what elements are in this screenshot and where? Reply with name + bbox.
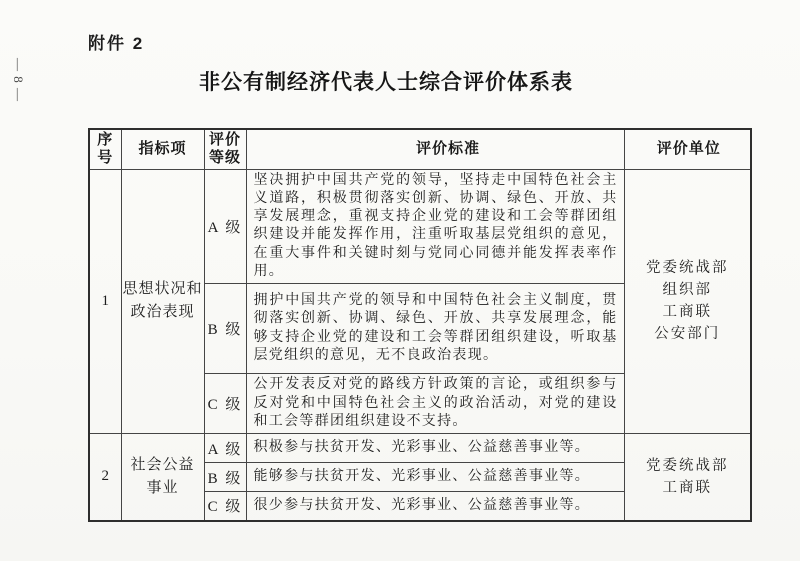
row1-grade-c: C 级 — [204, 374, 246, 434]
row2-grade-a: A 级 — [204, 434, 246, 463]
table-header-row: 序号 指标项 评价 等级 评价标准 评价单位 — [89, 129, 751, 169]
row2-grade-c: C 级 — [204, 492, 246, 521]
row2-criteria-a: 积极参与扶贫开发、光彩事业、公益慈善事业等。 — [246, 434, 624, 463]
evaluation-table: 序号 指标项 评价 等级 评价标准 评价单位 1 思想状况和 政治表现 A 级 … — [88, 128, 752, 522]
header-indicator: 指标项 — [121, 129, 204, 169]
document-title: 非公有制经济代表人士综合评价体系表 — [96, 66, 676, 96]
row1-grade-b: B 级 — [204, 284, 246, 374]
row2-number: 2 — [89, 434, 121, 521]
header-criteria: 评价标准 — [246, 129, 624, 169]
header-unit: 评价单位 — [624, 129, 751, 169]
row1-indicator: 思想状况和 政治表现 — [121, 169, 204, 434]
page-number: — 8 — — [10, 48, 26, 112]
row2-criteria-b: 能够参与扶贫开发、光彩事业、公益慈善事业等。 — [246, 463, 624, 492]
table-row: 1 思想状况和 政治表现 A 级 坚决拥护中国共产党的领导，坚持走中国特色社会主… — [89, 169, 751, 284]
row1-grade-a: A 级 — [204, 169, 246, 284]
row2-criteria-c: 很少参与扶贫开发、光彩事业、公益慈善事业等。 — [246, 492, 624, 521]
attachment-label: 附件 2 — [88, 29, 144, 54]
row2-indicator: 社会公益 事业 — [121, 434, 204, 521]
row1-criteria-c: 公开发表反对党的路线方针政策的言论，或组织参与反对党和中国特色社会主义的政治活动… — [246, 374, 624, 434]
header-grade: 评价 等级 — [204, 129, 246, 169]
row1-number: 1 — [89, 169, 121, 434]
header-no: 序号 — [89, 129, 121, 169]
row1-criteria-a: 坚决拥护中国共产党的领导，坚持走中国特色社会主义道路，积极贯彻落实创新、协调、绿… — [246, 169, 624, 284]
row2-unit: 党委统战部 工商联 — [624, 434, 751, 521]
row2-grade-b: B 级 — [204, 463, 246, 492]
row1-criteria-b: 拥护中国共产党的领导和中国特色社会主义制度，贯彻落实创新、协调、绿色、开放、共享… — [246, 284, 624, 374]
scanned-document-page: — 8 — 附件 2 非公有制经济代表人士综合评价体系表 序号 指标项 评价 等… — [0, 0, 800, 561]
row1-unit: 党委统战部 组织部 工商联 公安部门 — [624, 169, 751, 434]
table-row: 2 社会公益 事业 A 级 积极参与扶贫开发、光彩事业、公益慈善事业等。 党委统… — [89, 434, 751, 463]
